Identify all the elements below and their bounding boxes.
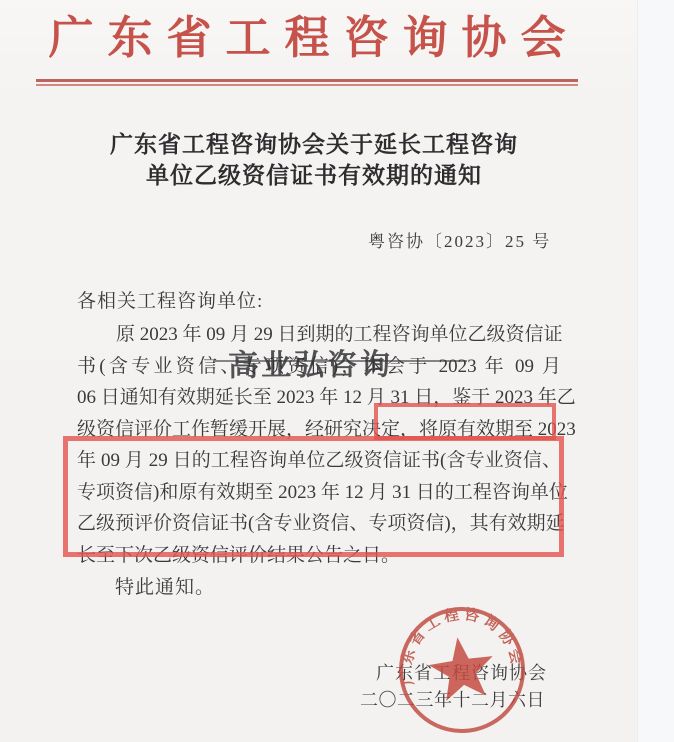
notice-title-line1: 广东省工程咨询协会关于延长工程咨询 xyxy=(14,126,614,159)
scan-edge-shadow xyxy=(637,0,674,742)
document-number: 粤咨协〔2023〕25 号 xyxy=(368,227,578,252)
salutation: 各相关工程咨询单位: xyxy=(77,286,263,313)
letterhead-rule-thin xyxy=(36,84,578,86)
letterhead-org-name: 广东省工程咨询协会 xyxy=(14,1,614,66)
highlight-box-main xyxy=(63,436,564,557)
letterhead-rule-thick xyxy=(36,79,578,82)
closing-phrase: 特此通知。 xyxy=(115,572,215,599)
seal-star xyxy=(425,633,498,703)
official-seal: 广东省工程咨询协会 xyxy=(386,594,537,742)
highlight-box-top xyxy=(374,403,556,440)
watermark-text: 高业弘咨询 xyxy=(228,339,393,384)
notice-title-line2: 单位乙级资信证书有效期的通知 xyxy=(14,157,614,190)
scanned-notice-page: 广东省工程咨询协会 广东省工程咨询协会关于延长工程咨询 单位乙级资信证书有效期的… xyxy=(0,0,674,742)
watermark-strike-line xyxy=(213,360,467,362)
